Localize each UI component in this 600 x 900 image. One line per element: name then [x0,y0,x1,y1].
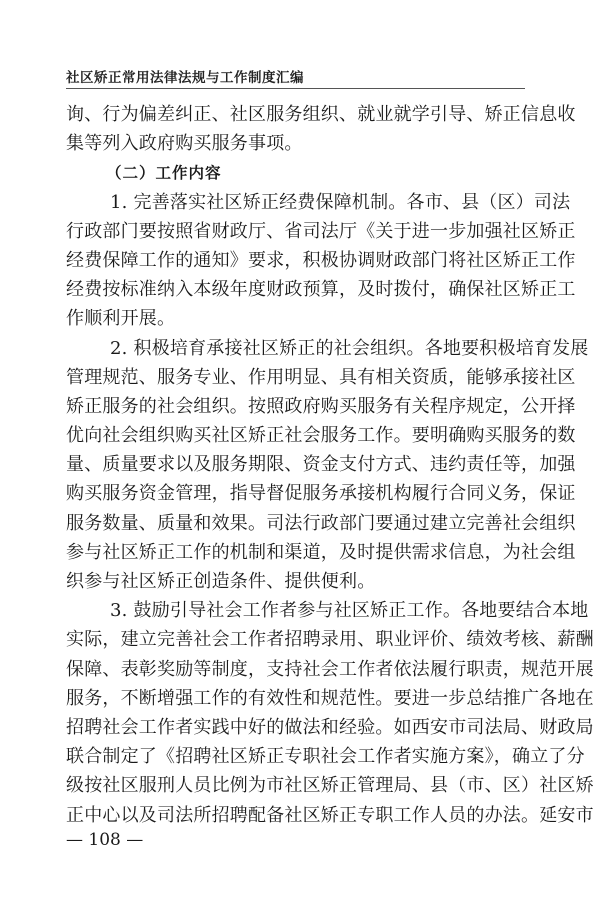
text-line: 服务数量、质量和效果。司法行政部门要通过建立完善社会组织 [66,509,526,538]
page-body: 询、行为偏差纠正、社区服务组织、就业就学引导、矫正信息收集等列入政府购买服务事项… [66,100,526,830]
header-rule [66,88,525,89]
running-head: 社区矫正常用法律法规与工作制度汇编 [66,66,526,86]
text-line: 矫正服务的社会组织。按照政府购买服务有关程序规定，公开择 [66,392,526,421]
text-line: 保障、表彰奖励等制度，支持社会工作者依法履行职责，规范开展 [66,655,526,684]
text-line: 正中心以及司法所招聘配备社区矫正专职工作人员的办法。延安市 [66,801,526,830]
text-line: 服务，不断增强工作的有效性和规范性。要进一步总结推广各地在 [66,684,526,713]
text-line: 管理规范、服务专业、作用明显、具有相关资质，能够承接社区 [66,363,526,392]
text-line: 行政部门要按照省财政厅、省司法厅《关于进一步加强社区矫正 [66,217,526,246]
text-line: 3. 鼓励引导社会工作者参与社区矫正工作。各地要结合本地 [66,596,526,625]
text-line: 1. 完善落实社区矫正经费保障机制。各市、县（区）司法 [66,188,526,217]
text-line: 购买服务资金管理，指导督促服务承接机构履行合同义务，保证 [66,479,526,508]
text-line: 招聘社会工作者实践中好的做法和经验。如西安市司法局、财政局 [66,713,526,742]
page-number: — 108 — [66,830,143,850]
text-line: 经费按标准纳入本级年度财政预算，及时拨付，确保社区矫正工 [66,275,526,304]
text-line: 集等列入政府购买服务事项。 [66,129,526,158]
text-line: 2. 积极培育承接社区矫正的社会组织。各地要积极培育发展 [66,334,526,363]
text-line: 实际，建立完善社会工作者招聘录用、职业评价、绩效考核、薪酬 [66,625,526,654]
text-line: 询、行为偏差纠正、社区服务组织、就业就学引导、矫正信息收 [66,100,526,129]
text-line: 优向社会组织购买社区矫正社会服务工作。要明确购买服务的数 [66,421,526,450]
text-line: 作顺利开展。 [66,304,526,333]
text-line: 级按社区服刑人员比例为市社区矫正管理局、县（市、区）社区矫 [66,771,526,800]
text-line: 量、质量要求以及服务期限、资金支付方式、违约责任等，加强 [66,450,526,479]
text-line: 参与社区矫正工作的机制和渠道，及时提供需求信息，为社会组 [66,538,526,567]
section-heading: （二）工作内容 [66,158,526,187]
text-line: 经费保障工作的通知》要求，积极协调财政部门将社区矫正工作 [66,246,526,275]
text-line: 织参与社区矫正创造条件、提供便利。 [66,567,526,596]
text-line: 联合制定了《招聘社区矫正专职社会工作者实施方案》，确立了分 [66,742,526,771]
